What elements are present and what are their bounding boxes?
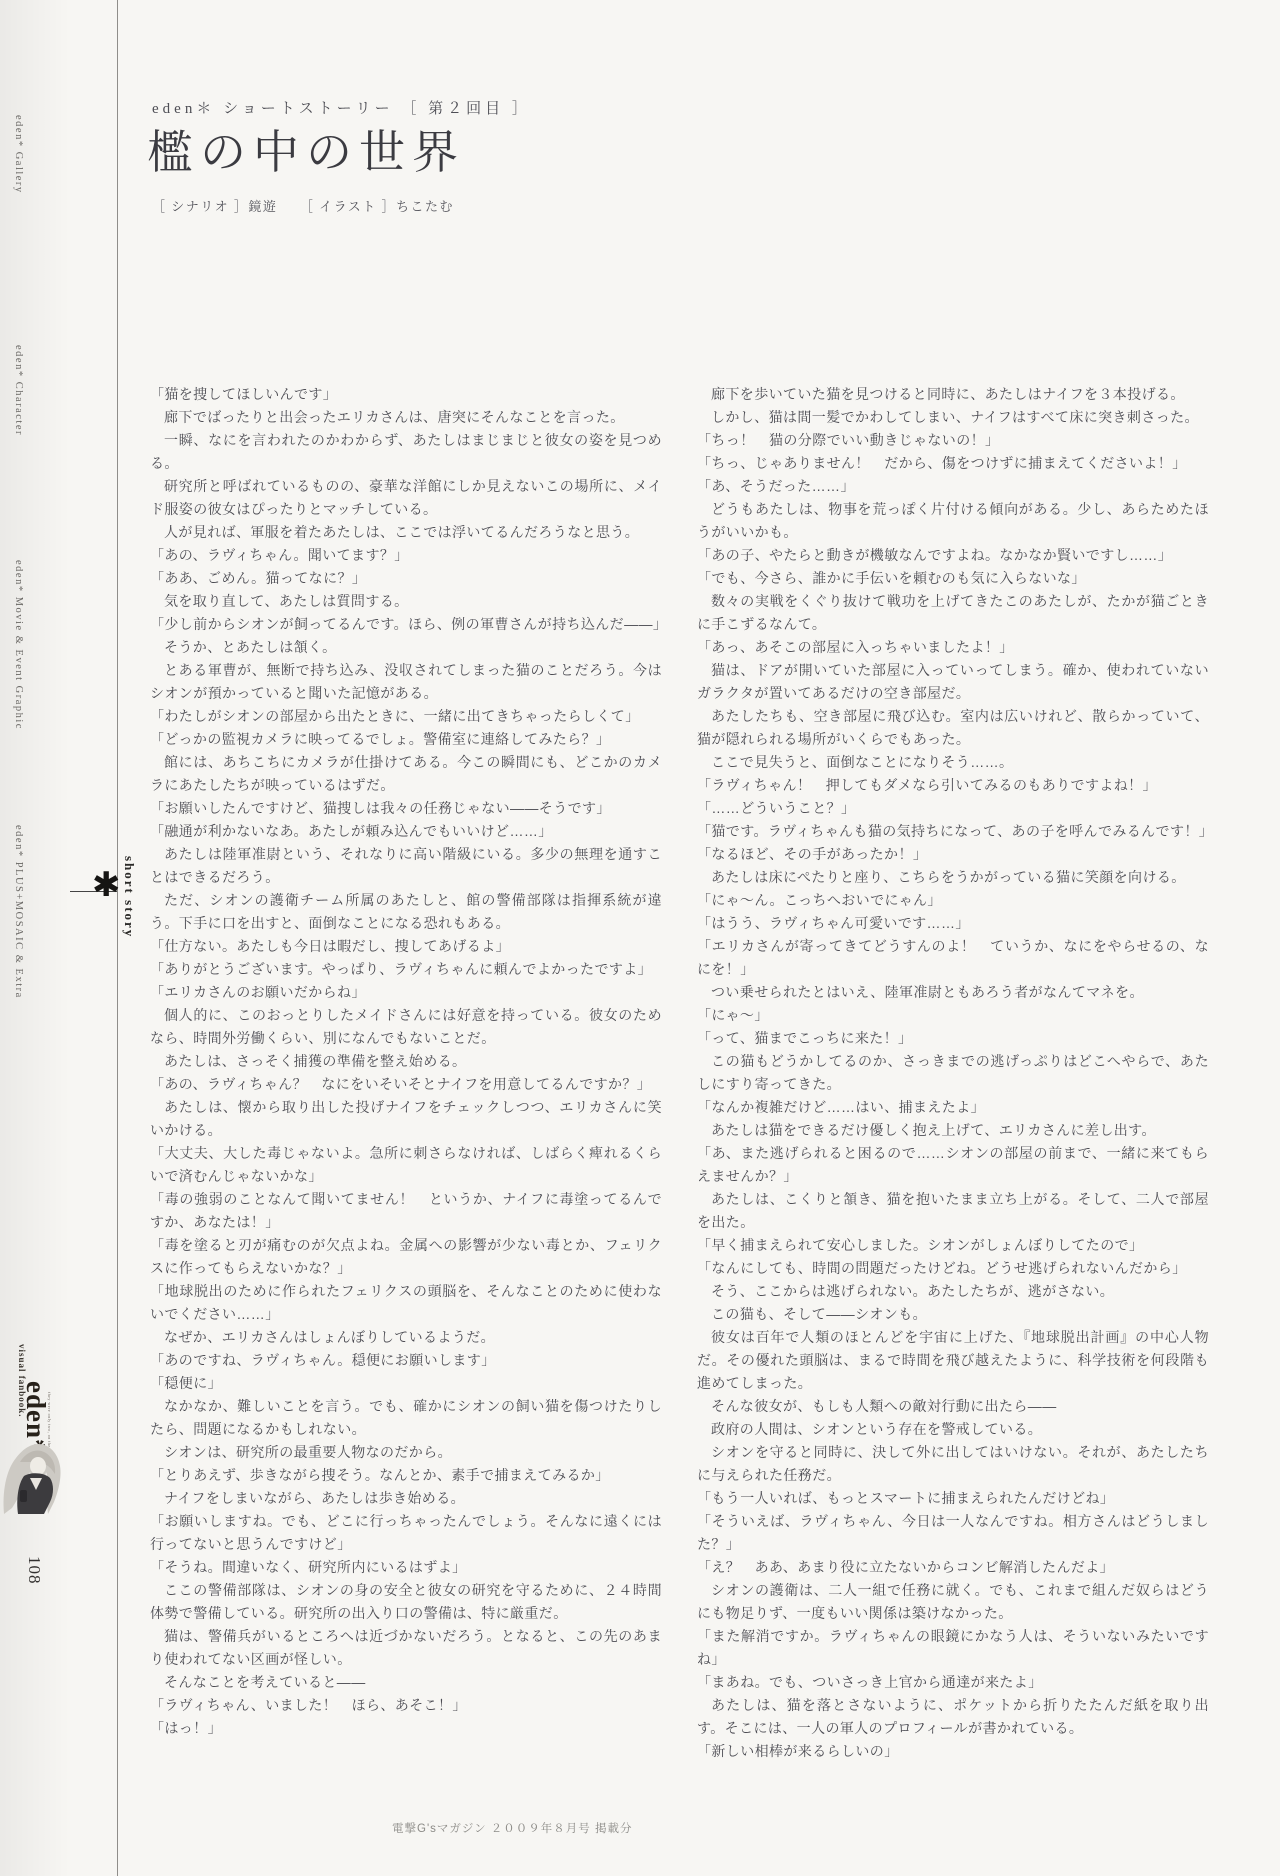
story-paragraph: 「ああ、ごめん。猫ってなに？」: [150, 567, 662, 590]
story-paragraph: 「はうう、ラヴィちゃん可愛いです……」: [697, 912, 1209, 935]
story-paragraph: 「ありがとうございます。やっぱり、ラヴィちゃんに頼んでよかったですよ」: [150, 958, 662, 981]
story-paragraph: 猫は、警備兵がいるところへは近づかないだろう。となると、この先のあまり使われてな…: [150, 1625, 662, 1671]
story-paragraph: 一瞬、なにを言われたのかわからず、あたしはまじまじと彼女の姿を見つめる。: [150, 429, 662, 475]
story-paragraph: 「とりあえず、歩きながら捜そう。なんとか、素手で捕まえてみるか」: [150, 1464, 662, 1487]
story-paragraph: あたしは床にぺたりと座り、こちらをうかがっている猫に笑顔を向ける。: [697, 866, 1209, 889]
story-paragraph: 「少し前からシオンが飼ってるんです。ほら、例の軍曹さんが持ち込んだ――」: [150, 613, 662, 636]
story-paragraph: 「ラヴィちゃん、いました！ ほら、あそこ！」: [150, 1694, 662, 1717]
story-paragraph: 「仕方ない。あたしも今日は暇だし、捜してあげるよ」: [150, 935, 662, 958]
story-paragraph: シオンは、研究所の最重要人物なのだから。: [150, 1441, 662, 1464]
magazine-credit-line: 電撃G'sマガジン ２００９年８月号 掲載分: [392, 1820, 633, 1836]
story-paragraph: 「あの、ラヴィちゃん。聞いてます？」: [150, 544, 662, 567]
story-paragraph: 「なんか複雑だけど……はい、捕まえたよ」: [697, 1096, 1209, 1119]
story-paragraph: 「にゃ～ん。こっちへおいでにゃん」: [697, 889, 1209, 912]
story-paragraph: 「エリカさんが寄ってきてどうすんのよ！ ていうか、なにをやらせるの、なにを！」: [697, 935, 1209, 981]
character-illustration: [0, 1432, 64, 1516]
story-paragraph: あたしは、猫を落とさないように、ポケットから折りたたんだ紙を取り出す。そこには、…: [697, 1694, 1209, 1740]
story-paragraph: あたしは、こくりと頷き、猫を抱いたまま立ち上がる。そして、二人で部屋を出た。: [697, 1188, 1209, 1234]
story-paragraph: 「あ、そうだった……」: [697, 475, 1209, 498]
story-paragraph: 「猫です。ラヴィちゃんも猫の気持ちになって、あの子を呼んでみるんです！」: [697, 820, 1209, 843]
story-paragraph: 「ちっ！ 猫の分際でいい動きじゃないの！」: [697, 429, 1209, 452]
story-paragraph: 政府の人間は、シオンという存在を警戒している。: [697, 1418, 1209, 1441]
story-paragraph: 「なんにしても、時間の問題だったけどね。どうせ逃げられないんだから」: [697, 1257, 1209, 1280]
story-paragraph: ナイフをしまいながら、あたしは歩き始める。: [150, 1487, 662, 1510]
story-kicker: eden＊ ショートストーリー ［ 第２回目 ］: [152, 97, 531, 118]
story-paragraph: 数々の実戦をくぐり抜けて戦功を上げてきたこのあたしが、たかが猫ごときに手こずるな…: [697, 590, 1209, 636]
story-paragraph: 「どっかの監視カメラに映ってるでしょ。警備室に連絡してみたら？」: [150, 728, 662, 751]
story-paragraph: 「毒の強弱のことなんて聞いてません！ というか、ナイフに毒塗ってるんですか、あな…: [150, 1188, 662, 1234]
story-paragraph: ただ、シオンの護衛チーム所属のあたしと、館の警備部隊は指揮系統が違う。下手に口を…: [150, 889, 662, 935]
story-paragraph: あたしは、さっそく捕獲の準備を整え始める。: [150, 1050, 662, 1073]
story-paragraph: あたしたちも、空き部屋に飛び込む。室内は広いけれど、散らかっていて、猫が隠れられ…: [697, 705, 1209, 751]
story-paragraph: 「毒を塗ると刃が痛むのが欠点よね。金属への影響が少ない毒とか、フェリクスに作って…: [150, 1234, 662, 1280]
story-paragraph: なかなか、難しいことを言う。でも、確かにシオンの飼い猫を傷つけたりしたら、問題に…: [150, 1395, 662, 1441]
sidebar-item-eden-movie-event-graphic: eden* Movie & Event Graphic: [13, 560, 24, 730]
fanbook-page: eden* Gallery eden* Character eden* Movi…: [0, 0, 1280, 1876]
story-paragraph: 「え？ ああ、あまり役に立たないからコンビ解消したんだよ」: [697, 1556, 1209, 1579]
story-paragraph: 気を取り直して、あたしは質問する。: [150, 590, 662, 613]
story-paragraph: つい乗せられたとはいえ、陸軍准尉ともあろう者がなんてマネを。: [697, 981, 1209, 1004]
story-paragraph: 「お願いしますね。でも、どこに行っちゃったんでしょう。そんなに遠くには行ってない…: [150, 1510, 662, 1556]
story-paragraph: シオンを守ると同時に、決して外に出してはいけない。それが、あたしたちに与えられた…: [697, 1441, 1209, 1487]
story-paragraph: 「お願いしたんですけど、猫捜しは我々の任務じゃない――そうです」: [150, 797, 662, 820]
story-paragraph: 「あの、ラヴィちゃん？ なにをいそいそとナイフを用意してるんですか？」: [150, 1073, 662, 1096]
story-column-left: 「猫を捜してほしいんです」廊下でばったりと出会ったエリカさんは、唐突にそんなこと…: [150, 383, 662, 1740]
story-paragraph: この猫も、そして――シオンも。: [697, 1303, 1209, 1326]
story-paragraph: 研究所と呼ばれているものの、豪華な洋館にしか見えないこの場所に、メイド服姿の彼女…: [150, 475, 662, 521]
story-paragraph: 「もう一人いれば、もっとスマートに捕まえられたんだけどね」: [697, 1487, 1209, 1510]
story-paragraph: そんな彼女が、もしも人類への敵対行動に出たら――: [697, 1395, 1209, 1418]
story-paragraph: 「融通が利かないなあ。あたしが頼み込んでもいいけど……」: [150, 820, 662, 843]
story-paragraph: 「にゃ～」: [697, 1004, 1209, 1027]
story-paragraph: 館には、あちこちにカメラが仕掛けてある。今この瞬間にも、どこかのカメラにあたした…: [150, 751, 662, 797]
story-paragraph: 「まあね。でも、ついさっき上官から通達が来たよ」: [697, 1671, 1209, 1694]
story-paragraph: ここで見失うと、面倒なことになりそう……。: [697, 751, 1209, 774]
story-paragraph: 「あの子、やたらと動きが機敏なんですよね。なかなか賢いですし……」: [697, 544, 1209, 567]
story-paragraph: 「あのですね、ラヴィちゃん。穏便にお願いします」: [150, 1349, 662, 1372]
story-paragraph: そんなことを考えていると――: [150, 1671, 662, 1694]
story-paragraph: 「地球脱出のために作られたフェリクスの頭脳を、そんなことのために使わないでくださ…: [150, 1280, 662, 1326]
story-paragraph: あたしは猫をできるだけ優しく抱え上げて、エリカさんに差し出す。: [697, 1119, 1209, 1142]
story-paragraph: 「ラヴィちゃん！ 押してもダメなら引いてみるのもありですよね！」: [697, 774, 1209, 797]
story-paragraph: あたしは陸軍准尉という、それなりに高い階級にいる。多少の無理を通すことはできるだ…: [150, 843, 662, 889]
story-paragraph: とある軍曹が、無断で持ち込み、没収されてしまった猫のことだろう。今はシオンが預か…: [150, 659, 662, 705]
story-paragraph: 猫は、ドアが開いていた部屋に入っていってしまう。確か、使われていないガラクタが置…: [697, 659, 1209, 705]
story-paragraph: シオンの護衛は、二人一組で任務に就く。でも、これまで組んだ奴らはどうにも物足りず…: [697, 1579, 1209, 1625]
story-paragraph: 廊下でばったりと出会ったエリカさんは、唐突にそんなことを言った。: [150, 406, 662, 429]
story-paragraph: 「って、猫までこっちに来た！」: [697, 1027, 1209, 1050]
story-paragraph: 「なるほど、その手があったか！」: [697, 843, 1209, 866]
scenario-illustration-credits: ［ シナリオ ］鏡遊 ［ イラスト ］ちこたむ: [152, 196, 454, 215]
story-paragraph: この猫もどうかしてるのか、さっきまでの逃げっぷりはどこへやらで、あたしにすり寄っ…: [697, 1050, 1209, 1096]
story-paragraph: どうもあたしは、物事を荒っぽく片付ける傾向がある。少し、あらためたほうがいいかも…: [697, 498, 1209, 544]
asterisk-icon: ✱: [92, 868, 121, 902]
story-paragraph: 「そうね。間違いなく、研究所内にいるはずよ」: [150, 1556, 662, 1579]
story-paragraph: 「新しい相棒が来るらしいの」: [697, 1740, 1209, 1763]
sidebar-item-eden-character: eden* Character: [13, 345, 24, 436]
story-paragraph: 彼女は百年で人類のほとんどを宇宙に上げた、『地球脱出計画』の中心人物だ。その優れ…: [697, 1326, 1209, 1395]
story-paragraph: 「大丈夫、大した毒じゃないよ。急所に刺さらなければ、しばらく痺れるくらいで済むん…: [150, 1142, 662, 1188]
story-paragraph: 「また解消ですか。ラヴィちゃんの眼鏡にかなう人は、そういないみたいですね」: [697, 1625, 1209, 1671]
story-paragraph: 個人的に、このおっとりしたメイドさんには好意を持っている。彼女のためなら、時間外…: [150, 1004, 662, 1050]
story-paragraph: 「そういえば、ラヴィちゃん、今日は一人なんですね。相方さんはどうしました？」: [697, 1510, 1209, 1556]
story-paragraph: 「はっ！」: [150, 1717, 662, 1740]
story-paragraph: なぜか、エリカさんはしょんぼりしているようだ。: [150, 1326, 662, 1349]
story-paragraph: 「穏便に」: [150, 1372, 662, 1395]
section-marker-short-story: short story: [121, 856, 137, 938]
story-paragraph: 廊下を歩いていた猫を見つけると同時に、あたしはナイフを３本投げる。: [697, 383, 1209, 406]
sidebar-vertical-rule: [117, 0, 118, 1876]
story-paragraph: 「ちっ、じゃありません！ だから、傷をつけずに捕まえてくださいよ！」: [697, 452, 1209, 475]
story-column-right: 廊下を歩いていた猫を見つけると同時に、あたしはナイフを３本投げる。しかし、猫は間…: [697, 383, 1209, 1763]
story-paragraph: 「……どういうこと？」: [697, 797, 1209, 820]
story-paragraph: 「早く捕まえられて安心しました。シオンがしょんぼりしてたので」: [697, 1234, 1209, 1257]
story-paragraph: そうか、とあたしは頷く。: [150, 636, 662, 659]
sidebar-item-eden-plus-mosaic-extra: eden* PLUS+MOSAIC & Extra: [13, 825, 24, 999]
story-paragraph: 「あ、また逃げられると困るので……シオンの部屋の前まで、一緒に来てもらえませんか…: [697, 1142, 1209, 1188]
story-paragraph: そう、ここからは逃げられない。あたしたちが、逃がさない。: [697, 1280, 1209, 1303]
story-paragraph: しかし、猫は間一髪でかわしてしまい、ナイフはすべて床に突き刺さった。: [697, 406, 1209, 429]
page-number: 108: [24, 1556, 44, 1585]
story-paragraph: 「わたしがシオンの部屋から出たときに、一緒に出てきちゃったらしくて」: [150, 705, 662, 728]
story-paragraph: 人が見れば、軍服を着たあたしは、ここでは浮いてるんだろうなと思う。: [150, 521, 662, 544]
sidebar-item-eden-gallery: eden* Gallery: [13, 115, 24, 194]
story-paragraph: 「エリカさんのお願いだからね」: [150, 981, 662, 1004]
story-paragraph: ここの警備部隊は、シオンの身の安全と彼女の研究を守るために、２４時間体勢で警備し…: [150, 1579, 662, 1625]
story-paragraph: あたしは、懐から取り出した投げナイフをチェックしつつ、エリカさんに笑いかける。: [150, 1096, 662, 1142]
story-paragraph: 「あっ、あそこの部屋に入っちゃいましたよ！」: [697, 636, 1209, 659]
page-title: 檻の中の世界: [147, 116, 465, 182]
story-paragraph: 「猫を捜してほしいんです」: [150, 383, 662, 406]
story-paragraph: 「でも、今さら、誰かに手伝いを頼むのも気に入らないな」: [697, 567, 1209, 590]
